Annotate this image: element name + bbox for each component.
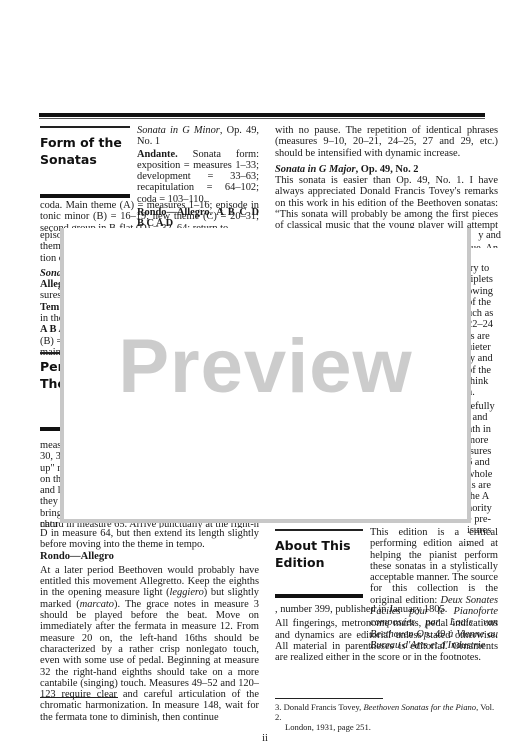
rondo-term-leggiero: leggiero (170, 587, 204, 598)
section-title-line: Edition (275, 554, 370, 571)
text-fragment: t and (467, 412, 501, 423)
about-heading-rule-top (275, 529, 363, 531)
footnote-rule (275, 698, 383, 699)
text-fragment: ly and (467, 353, 501, 364)
sonata2-heading-italic: Sonata in G Major (275, 164, 356, 175)
sonata1-heading-italic: Sonata in G Minor (137, 125, 220, 136)
text-fragment: e pre- (467, 514, 501, 525)
text-fragment: uieter (467, 342, 501, 353)
andante-closing-text: D in measure 64, but then extend its len… (40, 528, 259, 551)
text-fragment: of the (467, 297, 501, 308)
text-fragment: whole (467, 469, 501, 480)
about-paragraph-2: All fingerings, metronome marks, pedal i… (275, 618, 498, 663)
text-fragment: 22–24 (467, 319, 501, 330)
text-fragment: riplets (467, 274, 501, 285)
text-fragment: rs are (467, 331, 501, 342)
section-title-line: Form of the (40, 134, 135, 151)
right-fragments-b: refully t and hth in more isures 6 and w… (467, 401, 501, 548)
form-heading-rule-top (40, 126, 130, 128)
section-title-line: About This (275, 537, 370, 554)
form-heading-rule-bottom (40, 194, 130, 198)
text-fragment: the A (467, 491, 501, 502)
header-rule-thick (39, 113, 485, 117)
text-fragment: hth in (467, 424, 501, 435)
rondo-text: ). The grace notes in measure 3 should b… (40, 599, 259, 723)
text-fragment: refully (467, 401, 501, 412)
section-title-line: Sonatas (40, 151, 135, 168)
footnote-title: Beethoven Sonatas for the Piano (363, 702, 476, 712)
section-title-about: About This Edition (275, 537, 370, 571)
text-fragment: as are (467, 480, 501, 491)
sonata2-heading-rest: , Op. 49, No. 2 (356, 164, 419, 175)
text-fragment: owing (467, 286, 501, 297)
preview-overlay: Preview (60, 228, 471, 523)
text-fragment: 6 and (467, 457, 501, 468)
text-fragment: more (467, 435, 501, 446)
rondo-paragraph: At a later period Beethoven would probab… (40, 565, 259, 723)
text-fragment: of the (467, 365, 501, 376)
right-fragment-tail: y and (467, 230, 501, 241)
document-page: Form of the Sonatas Sonata in G Minor, O… (0, 0, 530, 750)
intro-text: with no pause. The repetition of identic… (275, 125, 498, 159)
header-rule-thin (39, 118, 485, 119)
text-fragment: isures (467, 446, 501, 457)
text-fragment: y and (467, 230, 501, 241)
rondo-heading: Rondo—Allegro (40, 551, 259, 562)
footnote: 3. Donald Francis Tovey, Beethoven Sonat… (275, 702, 497, 732)
text-fragment: try to (467, 263, 501, 274)
text-fragment: think (467, 376, 501, 387)
rondo-term-marcato: marcato (80, 599, 114, 610)
andante-label: Andante. (137, 149, 178, 160)
about-text-full: , number 399, published in January 1805.… (275, 604, 498, 663)
preview-watermark: Preview (64, 323, 467, 410)
right-fragments-a: try to riplets owing of the uch as 22–24… (467, 263, 501, 399)
footnote-author: Donald Francis Tovey, (281, 702, 363, 712)
footnote-publication: London, 1931, page 251. (275, 722, 497, 732)
performing-rondo-text: chord in measure 65. Arrive punctually a… (40, 519, 259, 723)
about-heading-rule-bottom (275, 594, 363, 598)
text-fragment: n. (467, 387, 501, 398)
text-fragment: uch as (467, 308, 501, 319)
column-end-rule (40, 697, 118, 698)
page-number: ii (0, 733, 530, 744)
sonata2-heading: Sonata in G Major, Op. 49, No. 2 (275, 164, 498, 175)
about-text-tail: , number 399, published in January 1805. (275, 604, 498, 615)
section-title-form: Form of the Sonatas (40, 134, 135, 168)
text-fragment: nority (467, 503, 501, 514)
